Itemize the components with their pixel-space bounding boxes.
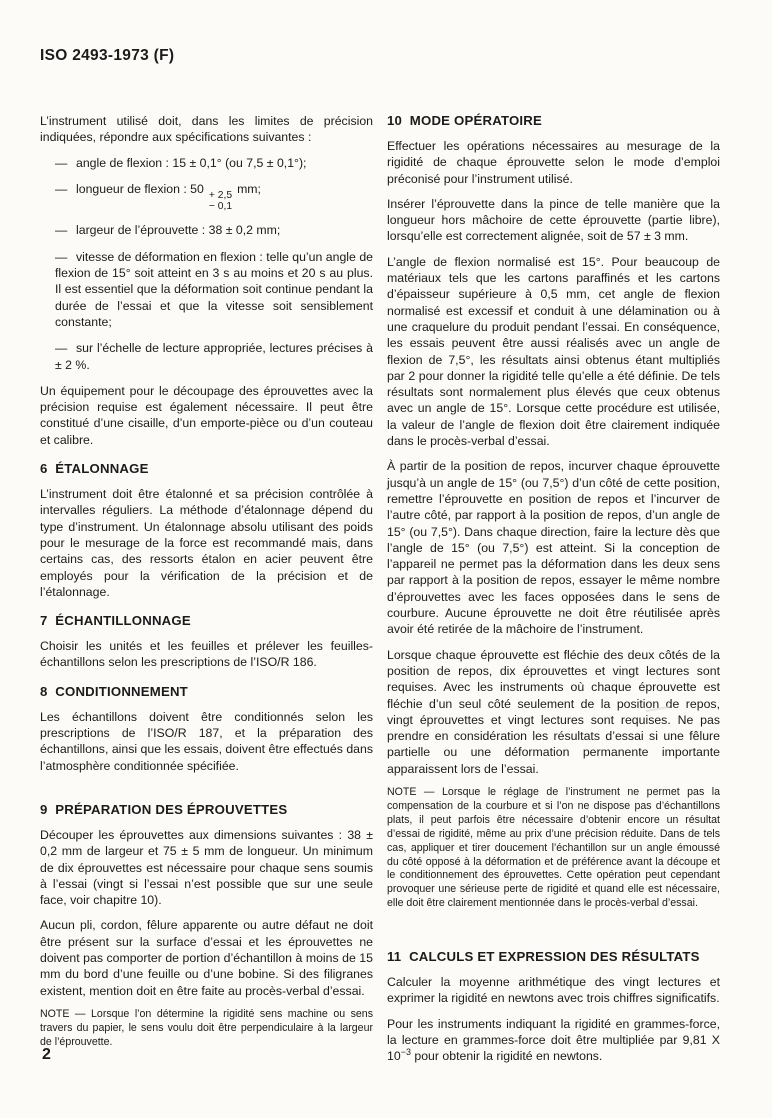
spec-bullet-angle: —angle de flexion : 15 ± 0,1° (ou 7,5 ± … <box>55 155 373 171</box>
equipment-paragraph: Un équipement pour le découpage des épro… <box>40 383 373 448</box>
section-11-heading: 11 CALCULS ET EXPRESSION DES RÉSULTATS <box>387 949 720 964</box>
section-9-note: NOTE — Lorsque l’on détermine la rigidit… <box>40 1008 373 1050</box>
section-10-paragraph-1: Effectuer les opérations nécessaires au … <box>387 138 720 187</box>
section-7-heading: 7 ÉCHANTILLONNAGE <box>40 613 373 628</box>
page-number: 2 <box>42 1046 51 1064</box>
spec-bullet-angle-text: angle de flexion : 15 ± 0,1° (ou 7,5 ± 0… <box>76 156 306 170</box>
section-6-heading: 6 ÉTALONNAGE <box>40 461 373 476</box>
bullet-dash: — <box>55 340 76 356</box>
spec-bullet-scale-text: sur l’échelle de lecture appropriée, lec… <box>55 341 373 371</box>
section-10-paragraph-2: Insérer l’éprouvette dans la pince de te… <box>387 196 720 245</box>
spec-bullet-speed: —vitesse de déformation en flexion : tel… <box>55 249 373 330</box>
section-9-paragraph-1: Découper les éprouvettes aux dimensions … <box>40 827 373 908</box>
section-10-note: NOTE — Lorsque le réglage de l’instrumen… <box>387 786 720 911</box>
section-9-heading: 9 PRÉPARATION DES ÉPROUVETTES <box>40 802 373 817</box>
section-7-paragraph: Choisir les unités et les feuilles et pr… <box>40 638 373 671</box>
spec-bullet-speed-text: vitesse de déformation en flexion : tell… <box>55 250 373 329</box>
tolerance-lower: − 0,1 <box>209 202 232 213</box>
section-11-paragraph-1: Calculer la moyenne arithmétique des vin… <box>387 974 720 1007</box>
spec-bullet-length: —longueur de flexion : 50+ 2,5− 0,1mm; <box>55 181 373 213</box>
exponent: −3 <box>401 1047 411 1057</box>
section-10-paragraph-5: Lorsque chaque éprouvette est fléchie de… <box>387 647 720 777</box>
document-reference: ISO 2493-1973 (F) <box>40 47 174 65</box>
spec-bullet-scale: —sur l’échelle de lecture appropriée, le… <box>55 340 373 373</box>
bullet-dash: — <box>55 222 76 238</box>
bullet-dash: — <box>55 181 76 197</box>
section-11-paragraph-2: Pour les instruments indiquant la rigidi… <box>387 1016 720 1065</box>
spec-bullet-length-unit: mm; <box>237 182 261 196</box>
formula-text-end: pour obtenir la rigidité en newtons. <box>411 1049 602 1063</box>
section-10-paragraph-3: L’angle de flexion normalisé est 15°. Po… <box>387 254 720 450</box>
section-6-paragraph: L’instrument doit être étalonné et sa pr… <box>40 486 373 600</box>
spec-bullet-width-text: largeur de l’éprouvette : 38 ± 0,2 mm; <box>76 223 280 237</box>
intro-paragraph: L’instrument utilisé doit, dans les limi… <box>40 113 373 146</box>
right-column: 10 MODE OPÉRATOIRE Effectuer les opérati… <box>387 113 720 1074</box>
spec-bullet-length-text: longueur de flexion : 50 <box>76 182 204 196</box>
spec-bullet-width: —largeur de l’éprouvette : 38 ± 0,2 mm; <box>55 222 373 238</box>
tolerance-fraction: + 2,5− 0,1 <box>209 191 232 213</box>
section-10-paragraph-4: À partir de la position de repos, incurv… <box>387 458 720 637</box>
document-page: ISO 2493-1973 (F) L’instrument utilisé d… <box>0 0 772 1118</box>
section-10-heading: 10 MODE OPÉRATOIRE <box>387 113 720 128</box>
section-8-heading: 8 CONDITIONNEMENT <box>40 684 373 699</box>
two-column-layout: L’instrument utilisé doit, dans les limi… <box>40 113 720 1074</box>
left-column: L’instrument utilisé doit, dans les limi… <box>40 113 373 1074</box>
section-8-paragraph: Les échantillons doivent être conditionn… <box>40 709 373 774</box>
bullet-dash: — <box>55 249 76 265</box>
bullet-dash: — <box>55 155 76 171</box>
section-9-paragraph-2: Aucun pli, cordon, fêlure apparente ou a… <box>40 917 373 998</box>
